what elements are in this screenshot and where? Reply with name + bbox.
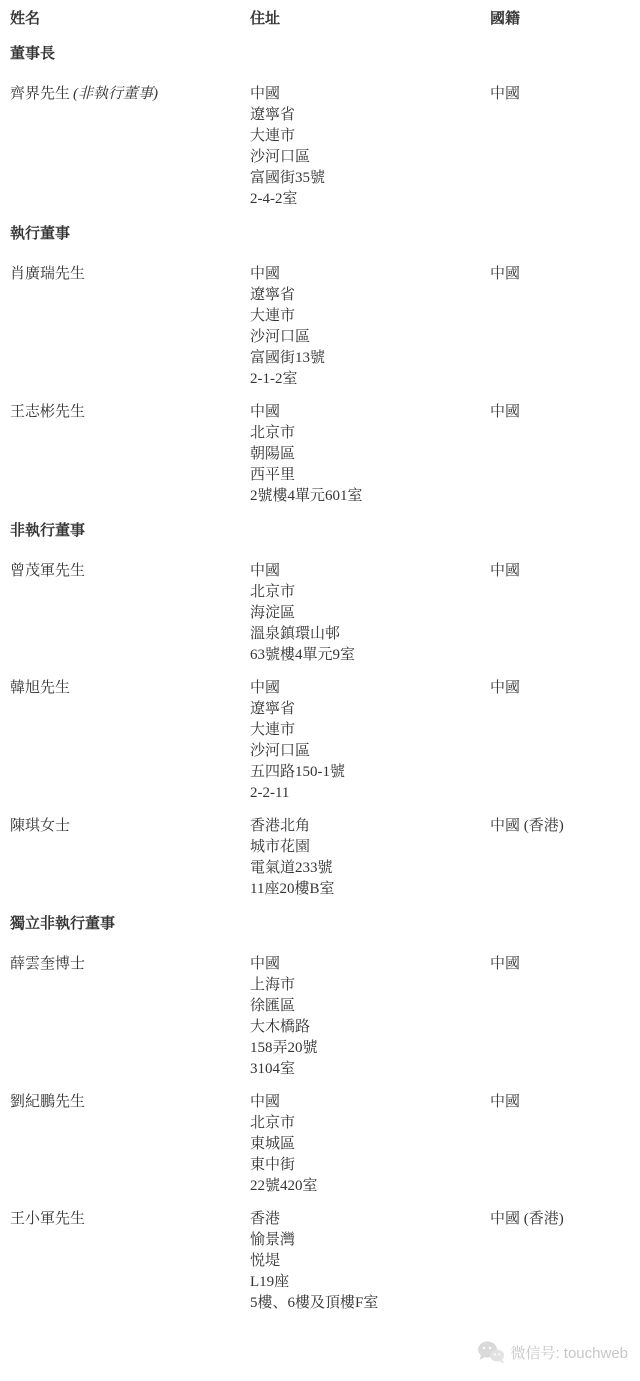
name-text: 劉紀鵬先生 bbox=[10, 1094, 85, 1110]
director-nationality: 中國 (香港) bbox=[490, 1209, 630, 1230]
table-header: 姓名 住址 國籍 bbox=[10, 9, 630, 30]
address-line: 63號樓4單元9室 bbox=[250, 645, 490, 666]
address-line: 中國 bbox=[250, 1092, 490, 1113]
table-row: 肖廣瑞先生 中國遼寧省大連市沙河口區富國街13號2-1-2室 中國 bbox=[10, 264, 630, 390]
address-line: 中國 bbox=[250, 84, 490, 105]
name-text: 王志彬先生 bbox=[10, 404, 85, 420]
director-name: 曾茂軍先生 bbox=[10, 561, 250, 582]
director-address: 中國上海市徐匯區大木橋路158弄20號3104室 bbox=[250, 954, 490, 1080]
address-line: 香港 bbox=[250, 1209, 490, 1230]
director-address: 中國遼寧省大連市沙河口區富國街13號2-1-2室 bbox=[250, 264, 490, 390]
address-line: 2-1-2室 bbox=[250, 369, 490, 390]
address-line: 大連市 bbox=[250, 306, 490, 327]
column-header-nationality: 國籍 bbox=[490, 9, 630, 30]
director-address: 中國北京市東城區東中街22號420室 bbox=[250, 1092, 490, 1197]
director-nationality: 中國 bbox=[490, 264, 630, 285]
section-title-executive-directors: 執行董事 bbox=[10, 224, 630, 245]
address-line: 沙河口區 bbox=[250, 147, 490, 168]
wechat-label: 微信号: touchweb bbox=[510, 1342, 628, 1363]
name-text: 曾茂軍先生 bbox=[10, 563, 85, 579]
address-line: 2-4-2室 bbox=[250, 189, 490, 210]
director-address: 香港愉景灣悦堤L19座5樓、6樓及頂樓F室 bbox=[250, 1209, 490, 1314]
address-line: 溫泉鎮環山邨 bbox=[250, 624, 490, 645]
address-line: 大連市 bbox=[250, 720, 490, 741]
director-name: 王小軍先生 bbox=[10, 1209, 250, 1230]
address-line: 中國 bbox=[250, 402, 490, 423]
address-line: 2號樓4單元601室 bbox=[250, 486, 490, 507]
table-row: 曾茂軍先生 中國北京市海淀區溫泉鎮環山邨63號樓4單元9室 中國 bbox=[10, 561, 630, 666]
section-title-non-executive-directors: 非執行董事 bbox=[10, 521, 630, 542]
address-line: 上海市 bbox=[250, 975, 490, 996]
name-text: 肖廣瑞先生 bbox=[10, 266, 85, 282]
address-line: 五四路150-1號 bbox=[250, 762, 490, 783]
address-line: 11座20樓B室 bbox=[250, 879, 490, 900]
address-line: 3104室 bbox=[250, 1059, 490, 1080]
address-line: 徐匯區 bbox=[250, 996, 490, 1017]
section-title-independent-non-executive-directors: 獨立非執行董事 bbox=[10, 914, 630, 935]
director-name: 薛雲奎博士 bbox=[10, 954, 250, 975]
address-line: 中國 bbox=[250, 561, 490, 582]
address-line: 香港北角 bbox=[250, 816, 490, 837]
address-line: 大連市 bbox=[250, 126, 490, 147]
address-line: 城市花園 bbox=[250, 837, 490, 858]
address-line: 朝陽區 bbox=[250, 444, 490, 465]
wechat-icon bbox=[477, 1340, 505, 1364]
table-row: 王志彬先生 中國北京市朝陽區西平里2號樓4單元601室 中國 bbox=[10, 402, 630, 507]
address-line: 遼寧省 bbox=[250, 105, 490, 126]
address-line: 遼寧省 bbox=[250, 285, 490, 306]
name-text: 薛雲奎博士 bbox=[10, 956, 85, 972]
table-row: 劉紀鵬先生 中國北京市東城區東中街22號420室 中國 bbox=[10, 1092, 630, 1197]
address-line: 沙河口區 bbox=[250, 741, 490, 762]
table-row: 薛雲奎博士 中國上海市徐匯區大木橋路158弄20號3104室 中國 bbox=[10, 954, 630, 1080]
address-line: 東城區 bbox=[250, 1134, 490, 1155]
address-line: 電氣道233號 bbox=[250, 858, 490, 879]
director-address: 香港北角城市花園電氣道233號11座20樓B室 bbox=[250, 816, 490, 900]
address-line: 中國 bbox=[250, 954, 490, 975]
director-name: 肖廣瑞先生 bbox=[10, 264, 250, 285]
section-title-chairman: 董事長 bbox=[10, 44, 630, 65]
director-address: 中國遼寧省大連市沙河口區五四路150-1號2-2-11 bbox=[250, 678, 490, 804]
address-line: 中國 bbox=[250, 678, 490, 699]
column-header-address: 住址 bbox=[250, 9, 490, 30]
name-note: (非執行董事) bbox=[73, 86, 158, 102]
table-row: 韓旭先生 中國遼寧省大連市沙河口區五四路150-1號2-2-11 中國 bbox=[10, 678, 630, 804]
directors-table: 姓名 住址 國籍 董事長 齊界先生(非執行董事) 中國遼寧省大連市沙河口區富國街… bbox=[0, 0, 640, 1314]
director-nationality: 中國 bbox=[490, 402, 630, 423]
address-line: 遼寧省 bbox=[250, 699, 490, 720]
address-line: 22號420室 bbox=[250, 1176, 490, 1197]
table-row: 王小軍先生 香港愉景灣悦堤L19座5樓、6樓及頂樓F室 中國 (香港) bbox=[10, 1209, 630, 1314]
director-address: 中國北京市海淀區溫泉鎮環山邨63號樓4單元9室 bbox=[250, 561, 490, 666]
name-text: 齊界先生 bbox=[10, 86, 70, 102]
director-nationality: 中國 bbox=[490, 678, 630, 699]
address-line: 5樓、6樓及頂樓F室 bbox=[250, 1293, 490, 1314]
director-nationality: 中國 bbox=[490, 561, 630, 582]
director-name: 陳琪女士 bbox=[10, 816, 250, 837]
address-line: 愉景灣 bbox=[250, 1230, 490, 1251]
director-nationality: 中國 bbox=[490, 954, 630, 975]
address-line: L19座 bbox=[250, 1272, 490, 1293]
director-address: 中國遼寧省大連市沙河口區富國街35號2-4-2室 bbox=[250, 84, 490, 210]
address-line: 東中街 bbox=[250, 1155, 490, 1176]
address-line: 富國街35號 bbox=[250, 168, 490, 189]
name-text: 韓旭先生 bbox=[10, 680, 70, 696]
address-line: 沙河口區 bbox=[250, 327, 490, 348]
director-nationality: 中國 bbox=[490, 1092, 630, 1113]
address-line: 西平里 bbox=[250, 465, 490, 486]
wechat-watermark: 微信号: touchweb bbox=[477, 1340, 628, 1364]
address-line: 中國 bbox=[250, 264, 490, 285]
address-line: 北京市 bbox=[250, 582, 490, 603]
name-text: 王小軍先生 bbox=[10, 1211, 85, 1227]
address-line: 158弄20號 bbox=[250, 1038, 490, 1059]
address-line: 悦堤 bbox=[250, 1251, 490, 1272]
director-name: 王志彬先生 bbox=[10, 402, 250, 423]
director-name: 齊界先生(非執行董事) bbox=[10, 84, 250, 105]
address-line: 北京市 bbox=[250, 1113, 490, 1134]
address-line: 富國街13號 bbox=[250, 348, 490, 369]
name-text: 陳琪女士 bbox=[10, 818, 70, 834]
address-line: 2-2-11 bbox=[250, 783, 490, 804]
address-line: 海淀區 bbox=[250, 603, 490, 624]
director-name: 韓旭先生 bbox=[10, 678, 250, 699]
column-header-name: 姓名 bbox=[10, 9, 250, 30]
director-address: 中國北京市朝陽區西平里2號樓4單元601室 bbox=[250, 402, 490, 507]
director-name: 劉紀鵬先生 bbox=[10, 1092, 250, 1113]
address-line: 北京市 bbox=[250, 423, 490, 444]
director-nationality: 中國 (香港) bbox=[490, 816, 630, 837]
table-row: 陳琪女士 香港北角城市花園電氣道233號11座20樓B室 中國 (香港) bbox=[10, 816, 630, 900]
address-line: 大木橋路 bbox=[250, 1017, 490, 1038]
director-nationality: 中國 bbox=[490, 84, 630, 105]
table-row: 齊界先生(非執行董事) 中國遼寧省大連市沙河口區富國街35號2-4-2室 中國 bbox=[10, 84, 630, 210]
